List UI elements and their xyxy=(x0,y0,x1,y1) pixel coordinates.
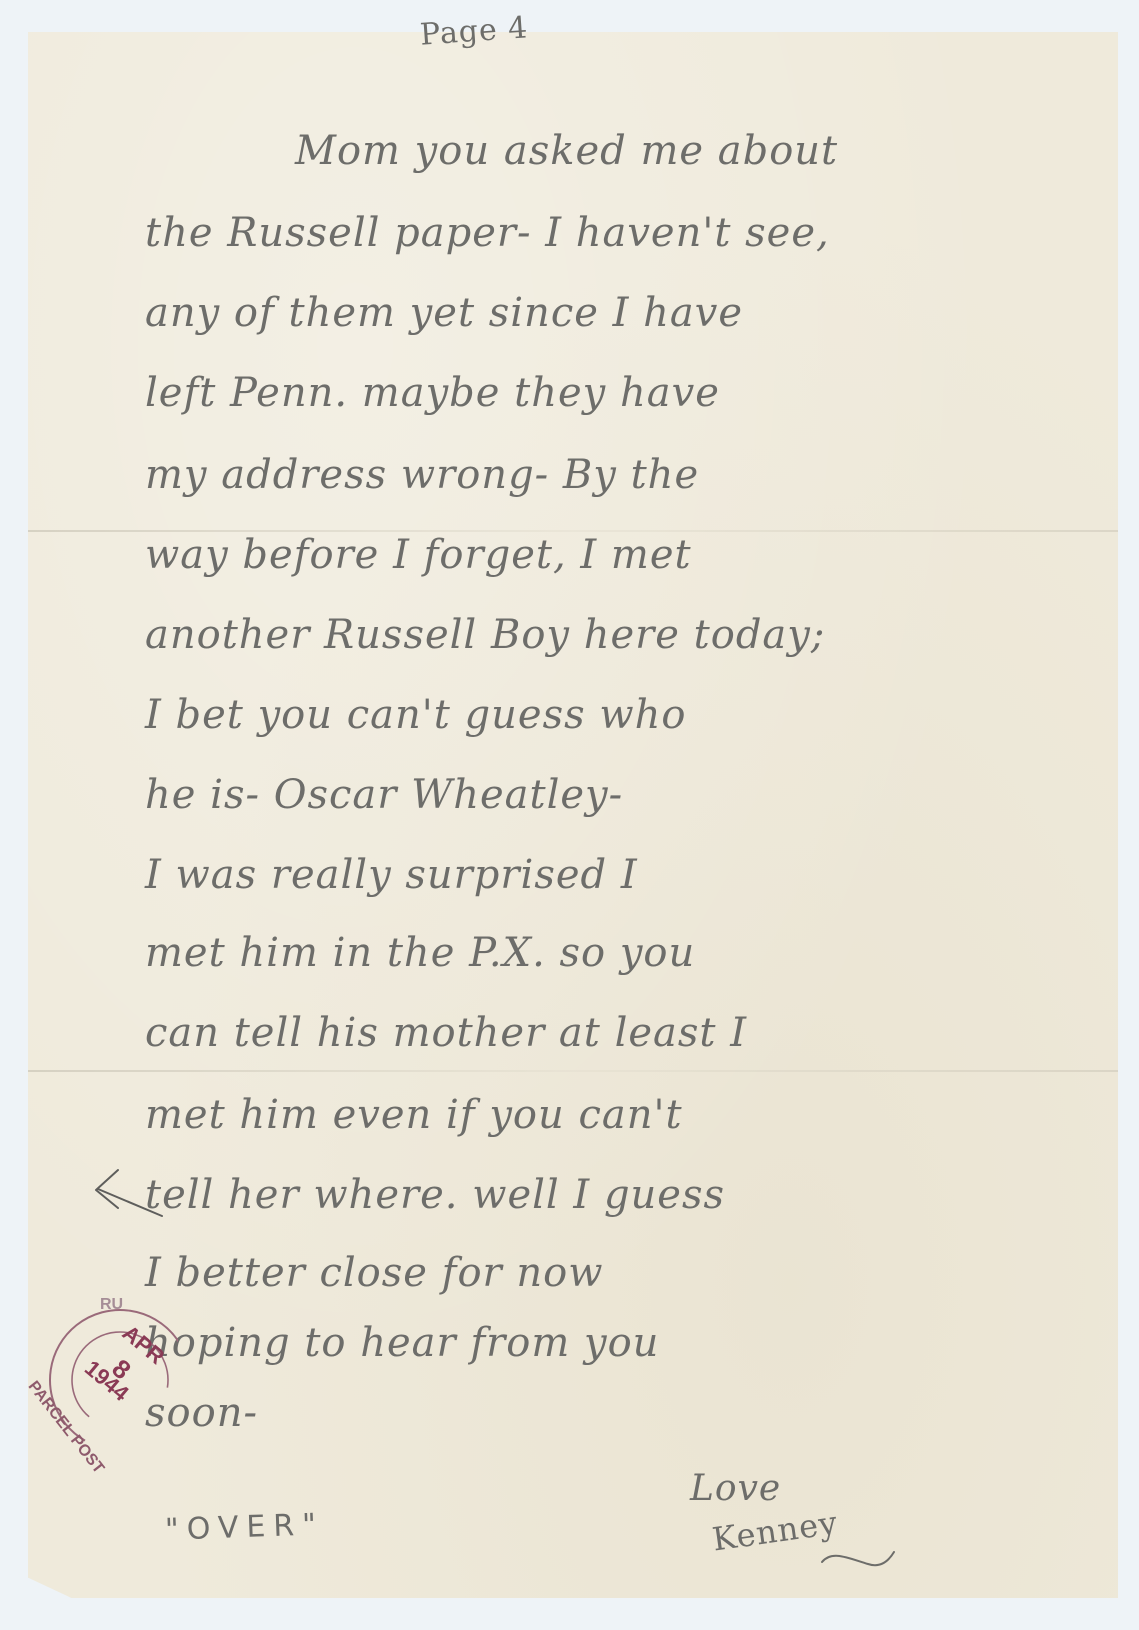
letter-line: tell her where. well I guess xyxy=(145,1172,725,1218)
letter-line: hoping to hear from you xyxy=(145,1320,659,1366)
letter-line: met him even if you can't xyxy=(145,1092,683,1138)
letter-line: he is- Oscar Wheatley- xyxy=(145,772,623,818)
letter-line: another Russell Boy here today; xyxy=(145,612,825,658)
margin-arrow-icon xyxy=(90,1148,170,1218)
signature-flourish-icon xyxy=(818,1544,898,1574)
over-note: "OVER" xyxy=(164,1507,324,1548)
letter-line: can tell his mother at least I xyxy=(145,1010,747,1056)
letter-line: I bet you can't guess who xyxy=(145,692,686,738)
postmark-top-text: RU xyxy=(100,1296,123,1314)
letter-line: any of them yet since I have xyxy=(145,290,743,336)
letter-line: way before I forget, I met xyxy=(145,532,692,578)
letter-line: I better close for now xyxy=(145,1250,603,1296)
postmark-stamp: RU APR 8 1944 PARCEL POST xyxy=(28,1298,178,1448)
letter-line: the Russell paper- I haven't see, xyxy=(145,210,830,256)
letter-line: met him in the P.X. so you xyxy=(145,930,695,976)
letter-closing: Love xyxy=(690,1468,781,1509)
letter-line: left Penn. maybe they have xyxy=(145,370,720,416)
letter-line: I was really surprised I xyxy=(145,852,638,898)
letter-line: Mom you asked me about xyxy=(295,128,838,174)
letter-line: my address wrong- By the xyxy=(145,452,699,498)
fold-crease-lower xyxy=(28,1070,1118,1072)
